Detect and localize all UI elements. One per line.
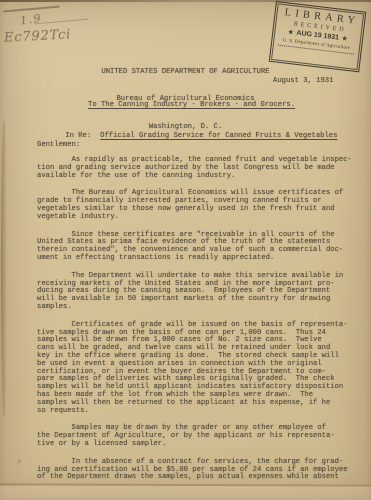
paragraph-3: Since these certificates are "receivable… [37, 232, 357, 263]
pencil-mark: × [15, 456, 23, 466]
paragraph-4: The Department will undertake to make th… [37, 273, 357, 312]
pencil-flourish [34, 19, 89, 25]
star-icon: ★ [342, 36, 348, 43]
greeting: Gentlemen: [37, 141, 80, 149]
paragraph-2: The Bureau of Agricultural Economics wil… [37, 190, 357, 221]
scan-top-edge [0, 0, 371, 2]
paragraph-1: As rapidly as practicable, the canned fr… [37, 157, 357, 180]
in-re-label: In Re: [65, 132, 91, 140]
paragraph-5: Certificates of grade will be issued on … [37, 322, 357, 416]
in-re-line: In Re:Official Grading Service for Canne… [48, 124, 337, 148]
letter-body: As rapidly as practicable, the canned fr… [37, 157, 357, 492]
call-number: Ec792Tci [4, 27, 72, 45]
pencil-dash [3, 6, 60, 13]
star-icon: ★ [288, 29, 294, 36]
call-number-class: 1.9 [19, 12, 43, 28]
letter-date: August 3, 1931 [273, 77, 333, 85]
salutation-line: To The Canning Industry - Brokers - and … [88, 101, 295, 109]
paragraph-6: Samples may be drawn by the grader or an… [37, 425, 357, 448]
letterhead-agency: UNITED STATES DEPARTMENT OF AGRICULTURE [0, 68, 371, 77]
scanned-letter-page: 1.9 Ec792Tci × LIBRARY RECEIVED ★ AUG 19… [0, 0, 371, 500]
paragraph-7: In the absence of a contract for service… [37, 459, 357, 482]
in-re-subject: Official Grading Service for Canned Frui… [100, 132, 337, 140]
library-received-stamp: LIBRARY RECEIVED ★ AUG 19 1931 ★ U. S. D… [269, 1, 367, 72]
paper-crease-left [1, 118, 7, 418]
stamp-inner-border: LIBRARY RECEIVED ★ AUG 19 1931 ★ U. S. D… [271, 4, 363, 70]
